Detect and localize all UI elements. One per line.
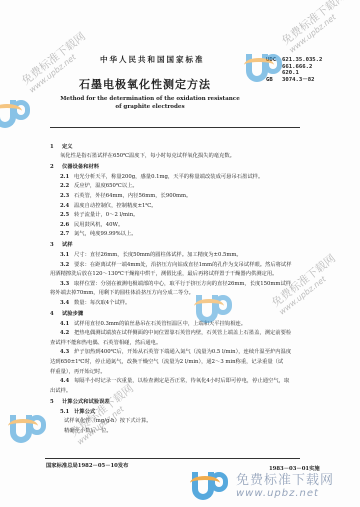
- clause: 2.1电光分析天平，称量200g，感量0.1mg，天平的称量端改装成可悬吊石墨试…: [50, 173, 306, 183]
- udc-code: 621.35.035.2: [282, 57, 322, 64]
- section-heading: 5计算公式和试验误差: [50, 398, 306, 408]
- clause-continuation: 将外端去掉70mm，用剩下的圆柱体沿挤压方向分成二等分。: [50, 289, 306, 299]
- brand-watermark: 免费标准下载网 www.upbz.net: [236, 469, 334, 499]
- clause-continuation: 达到650±1℃时，停止通氮气，改换干燥空气（流量为2 l/min），通2～3 …: [50, 358, 306, 368]
- clause: 4.1试样用直径0.3mm的铂丝悬吊在石英管恒温区中，上端和天平挂钩相连。: [50, 320, 306, 330]
- section-heading: 2仪器设备和材料: [50, 163, 306, 173]
- clause: 4.3炉子加热到400℃后，开始从石英管下端通入氮气（流量为0.5 l/min）…: [50, 348, 306, 358]
- issue-date: 国家标准总局1982－05－10发布: [46, 461, 128, 469]
- watermark-text: 免费标准下载网www.upbz.net: [280, 0, 354, 55]
- footer-divider: [45, 458, 300, 459]
- clause: 3.2要求：在距离试样一端4mm处，沿挤压方向钻成直径1mm的孔作为支吊试样眼。…: [50, 261, 306, 271]
- brand-logo-icon: [192, 472, 232, 504]
- clause: 2.4温度自动控制仪，控制精度±1℃。: [50, 202, 306, 212]
- udc-code: 661.666.2: [282, 64, 312, 71]
- document-title-english: Method for the determination of the oxid…: [40, 96, 260, 111]
- paragraph: 氧化性是指石墨试样在650℃温度下，每小时每克试样氧化损失的毫克数。: [50, 152, 306, 162]
- clause: 3.3取样位置：分别在被测电极端部的中心，取平行于挤压方向的直径26mm，长度1…: [50, 280, 306, 290]
- clause-continuation: 查试样不能和热电偶、石英管相碰，然后通电。: [50, 339, 306, 349]
- watermark-logo-icon: [10, 415, 50, 447]
- clause-continuation: 出试样。: [50, 387, 306, 397]
- clause: 2.3石英管，外径64mm，内径56mm，长900mm。: [50, 192, 306, 202]
- document-body: 1定义 氧化性是指石墨试样在650℃温度下，每小时每克试样氧化损失的毫克数。 2…: [50, 141, 306, 436]
- header-divider: [50, 127, 300, 128]
- standard-category: 中华人民共和国国家标准: [100, 54, 205, 65]
- watermark-logo-icon: [246, 54, 286, 86]
- clause: 2.5转子流量计，0～2 l/min。: [50, 211, 306, 221]
- watermark-logo-icon: [196, 295, 236, 327]
- document-page: 中华人民共和国国家标准 UDC621.35.035.2 661.666.2 62…: [0, 0, 360, 507]
- clause-continuation: 用洒精擦洗后放在120～130℃干燥箱中烘干，测假比重，最后再将试样置于干燥器内…: [50, 270, 306, 280]
- section-heading: 3试样: [50, 241, 306, 251]
- section-heading: 4试验步骤: [50, 310, 306, 320]
- watermark-logo-icon: [0, 100, 34, 132]
- section-heading: 1定义: [50, 143, 306, 153]
- clause: 3.1尺寸：直径26mm，长度50mm的圆柱体试样。加工精度为±0.5mm。: [50, 251, 306, 261]
- clause: 2.7氮气，纯度99.99%以上。: [50, 230, 306, 240]
- clause: 2.2反应炉，温度650℃以上。: [50, 182, 306, 192]
- clause: 3.4数量：每次取4个试样。: [50, 299, 306, 309]
- clause-continuation: 样重量），再开始记时。: [50, 368, 306, 378]
- clause: 4.2把热电偶测试端放在试样侧面的中间位置靠石英管内壁，石英管上端盖上石墨盖，测…: [50, 329, 306, 339]
- clause: 4.4每隔半小时记录一次重量，以检查测定是否正常，待氧化4小时后即可停电，停止通…: [50, 377, 306, 387]
- clause: 2.6民用鼓风机，40W。: [50, 221, 306, 231]
